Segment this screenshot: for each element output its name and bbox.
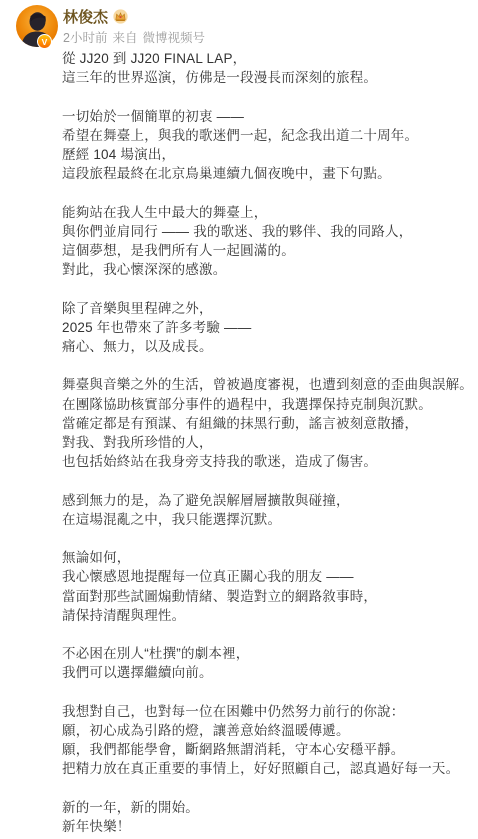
post-line: 一切始於一個簡單的初衷 ——: [62, 107, 472, 126]
verified-v-icon[interactable]: V: [37, 34, 52, 49]
post-line: 從 JJ20 到 JJ20 FINAL LAP，: [62, 49, 472, 68]
post-line: 我們可以選擇繼續向前。: [62, 663, 472, 682]
post-paragraph: 無論如何，我心懷感恩地提醒每一位真正關心我的朋友 ——當面對那些試圖煽動情緒、製…: [62, 548, 472, 625]
post-line: 感到無力的是，為了避免誤解層層擴散與碰撞，: [62, 491, 472, 510]
post-line: 當確定都是有預謀、有組織的抹黑行動，謠言被刻意散播，: [62, 414, 472, 433]
post-paragraph: 除了音樂與里程碑之外，2025 年也帶來了許多考驗 ——痛心、無力，以及成長。: [62, 299, 472, 357]
post-source-link[interactable]: 微博视频号: [142, 28, 205, 46]
post-line: 能夠站在我人生中最大的舞臺上，: [62, 203, 472, 222]
post-paragraph: 感到無力的是，為了避免誤解層層擴散與碰撞，在這場混亂之中，我只能選擇沉默。: [62, 491, 472, 529]
post-line: 這個夢想，是我們所有人一起圓滿的。: [62, 241, 472, 260]
post-line: 願，初心成為引路的燈，讓善意始終溫暖傳遞。: [62, 721, 472, 740]
post-line: 新年快樂！: [62, 817, 472, 836]
post-line: 希望在舞臺上，與我的歌迷們一起，紀念我出道二十周年。: [62, 126, 472, 145]
post-line: 在這場混亂之中，我只能選擇沉默。: [62, 510, 472, 529]
post-line: 不必困在別人“杜撰”的劇本裡，: [62, 644, 472, 663]
post-line: 除了音樂與里程碑之外，: [62, 299, 472, 318]
post-paragraph: 從 JJ20 到 JJ20 FINAL LAP，這三年的世界巡演，仿佛是一段漫長…: [62, 49, 472, 87]
post-paragraph: 新的一年，新的開始。新年快樂！: [62, 798, 472, 836]
post-line: 把精力放在真正重要的事情上，好好照顧自己，認真過好每一天。: [62, 759, 472, 778]
post-meta: 2小时前 来自 微博视频号: [63, 28, 205, 46]
post-line: 當面對那些試圖煽動情緒、製造對立的網路敘事時，: [62, 587, 472, 606]
post-line: 對此，我心懷深深的感激。: [62, 260, 472, 279]
post-line: 無論如何，: [62, 548, 472, 567]
post-line: 這三年的世界巡演，仿佛是一段漫長而深刻的旅程。: [62, 68, 472, 87]
post-timestamp[interactable]: 2小时前: [63, 28, 107, 46]
post-line: 請保持清醒與理性。: [62, 606, 472, 625]
post-paragraph: 舞臺與音樂之外的生活，曾被過度審視，也遭到刻意的歪曲與誤解。在團隊協助核實部分事…: [62, 375, 472, 471]
post-line: 與你們並肩同行 —— 我的歌迷、我的夥伴、我的同路人，: [62, 222, 472, 241]
post-header: V 林俊杰 2小时前 来自 微博视频号: [0, 0, 478, 47]
post-from-label: 来自: [112, 28, 137, 46]
author-row: 林俊杰: [63, 7, 128, 25]
post-line: 我想對自己，也對每一位在困難中仍然努力前行的你說：: [62, 702, 472, 721]
post-paragraph: 一切始於一個簡單的初衷 ——希望在舞臺上，與我的歌迷們一起，紀念我出道二十周年。…: [62, 107, 472, 184]
post-line: 在團隊協助核實部分事件的過程中，我選擇保持克制與沉默。: [62, 395, 472, 414]
post-paragraph: 不必困在別人“杜撰”的劇本裡，我們可以選擇繼續向前。: [62, 644, 472, 682]
post-body: 從 JJ20 到 JJ20 FINAL LAP，這三年的世界巡演，仿佛是一段漫長…: [62, 49, 472, 836]
vip-crown-icon: [113, 9, 128, 24]
post-line: 2025 年也帶來了許多考驗 ——: [62, 318, 472, 337]
post-paragraph: 我想對自己，也對每一位在困難中仍然努力前行的你說：願，初心成為引路的燈，讓善意始…: [62, 702, 472, 779]
post-line: 願，我們都能學會，斷網路無謂消耗，守本心安穩平靜。: [62, 740, 472, 759]
author-name[interactable]: 林俊杰: [63, 6, 108, 27]
post-line: 我心懷感恩地提醒每一位真正關心我的朋友 ——: [62, 567, 472, 586]
post-line: 舞臺與音樂之外的生活，曾被過度審視，也遭到刻意的歪曲與誤解。: [62, 375, 472, 394]
post-line: 新的一年，新的開始。: [62, 798, 472, 817]
post-line: 痛心、無力，以及成長。: [62, 337, 472, 356]
post-line: 歷經 104 場演出，: [62, 145, 472, 164]
post-line: 也包括始終站在我身旁支持我的歌迷，造成了傷害。: [62, 452, 472, 471]
post-paragraph: 能夠站在我人生中最大的舞臺上，與你們並肩同行 —— 我的歌迷、我的夥伴、我的同路…: [62, 203, 472, 280]
post-line: 這段旅程最終在北京鳥巢連續九個夜晚中，畫下句點。: [62, 164, 472, 183]
post-line: 對我、對我所珍惜的人，: [62, 433, 472, 452]
